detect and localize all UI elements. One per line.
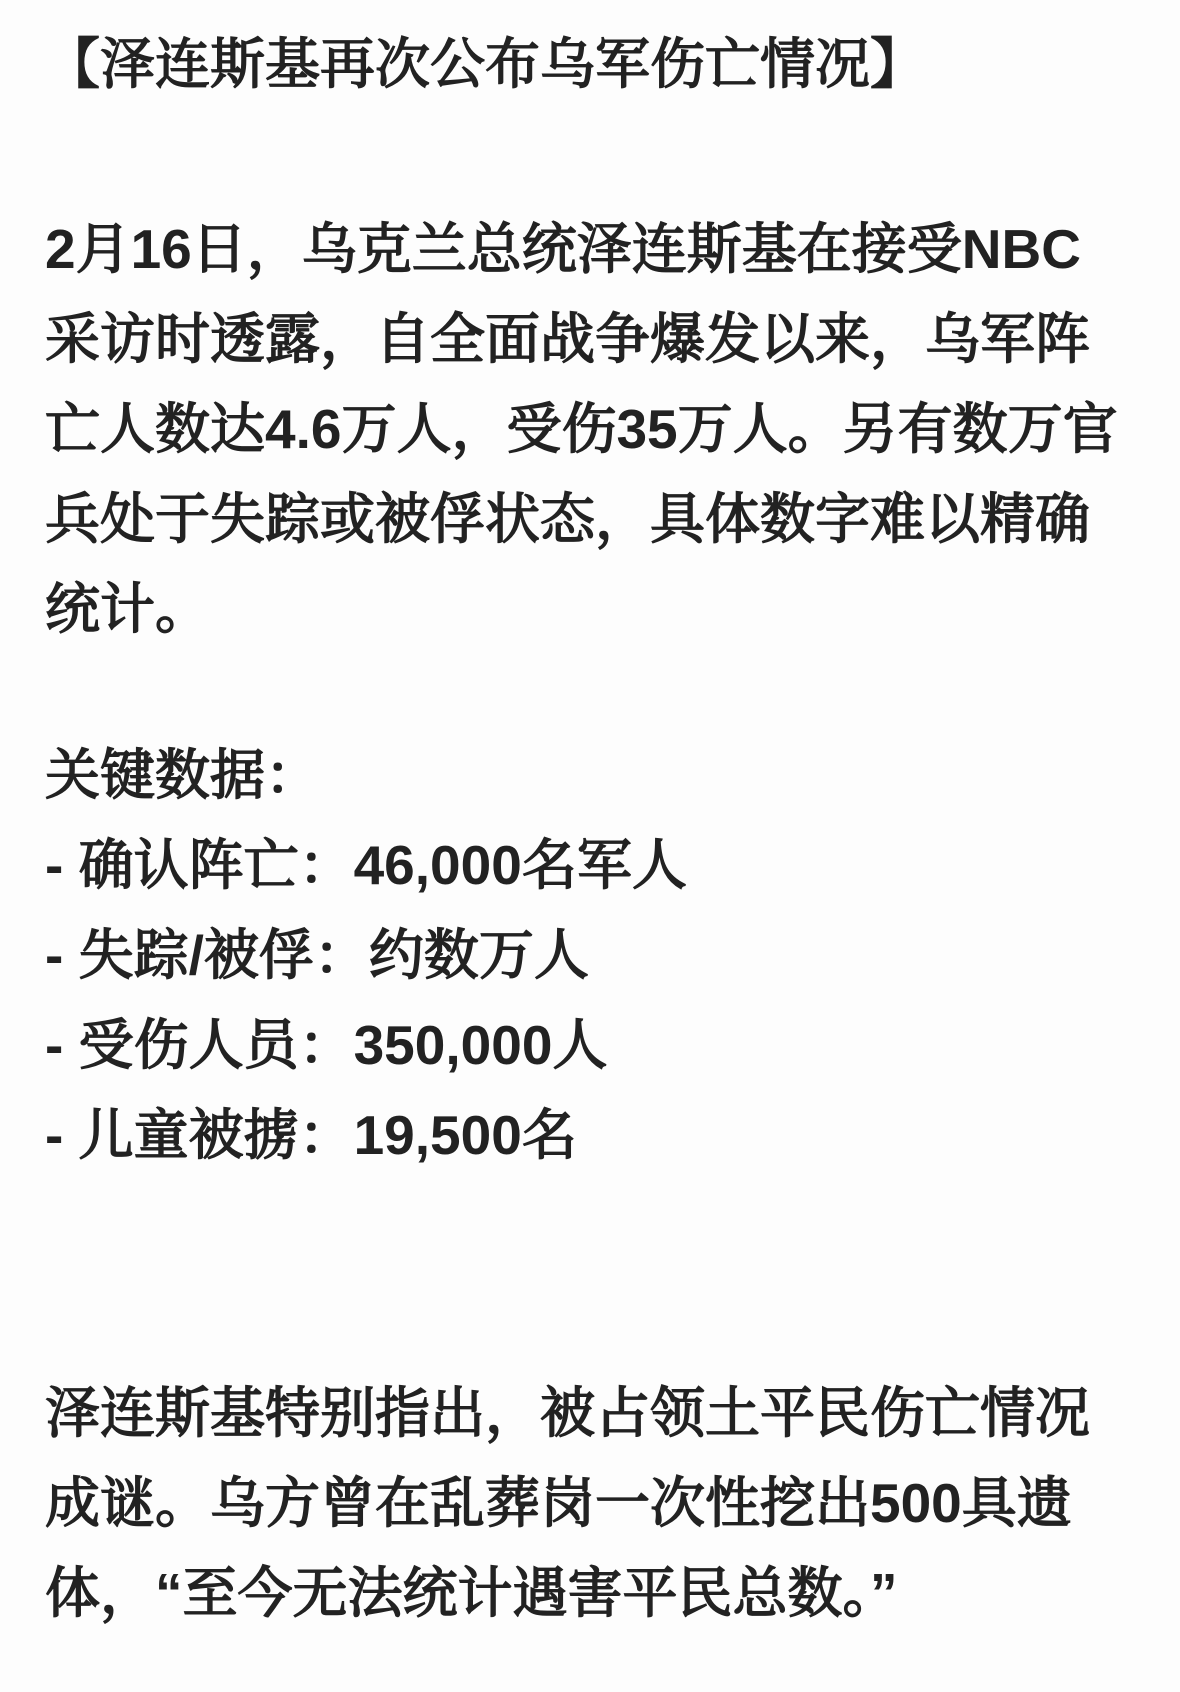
key-data-list: - 确认阵亡：46,000名军人 - 失踪/被俘：约数万人 - 受伤人员：350… <box>45 820 1135 1180</box>
key-data-item-wounded: - 受伤人员：350,000人 <box>45 1000 1135 1090</box>
paragraph-closing: 泽连斯基特别指出，被占领土平民伤亡情况成谜。乌方曾在乱葬岗一次性挖出500具遗体… <box>45 1368 1135 1638</box>
key-data-heading: 关键数据： <box>45 730 1135 820</box>
key-data-item-confirmed-dead: - 确认阵亡：46,000名军人 <box>45 820 1135 910</box>
paragraph-intro: 2月16日，乌克兰总统泽连斯基在接受NBC采访时透露，自全面战争爆发以来，乌军阵… <box>45 204 1135 654</box>
key-data-section: 关键数据： - 确认阵亡：46,000名军人 - 失踪/被俘：约数万人 - 受伤… <box>45 730 1135 1180</box>
post-title: 【泽连斯基再次公布乌军伤亡情况】 <box>45 18 1135 110</box>
key-data-item-missing-captured: - 失踪/被俘：约数万人 <box>45 910 1135 1000</box>
key-data-item-children-abducted: - 儿童被掳：19,500名 <box>45 1090 1135 1180</box>
article: 【泽连斯基再次公布乌军伤亡情况】 2月16日，乌克兰总统泽连斯基在接受NBC采访… <box>0 0 1180 1692</box>
